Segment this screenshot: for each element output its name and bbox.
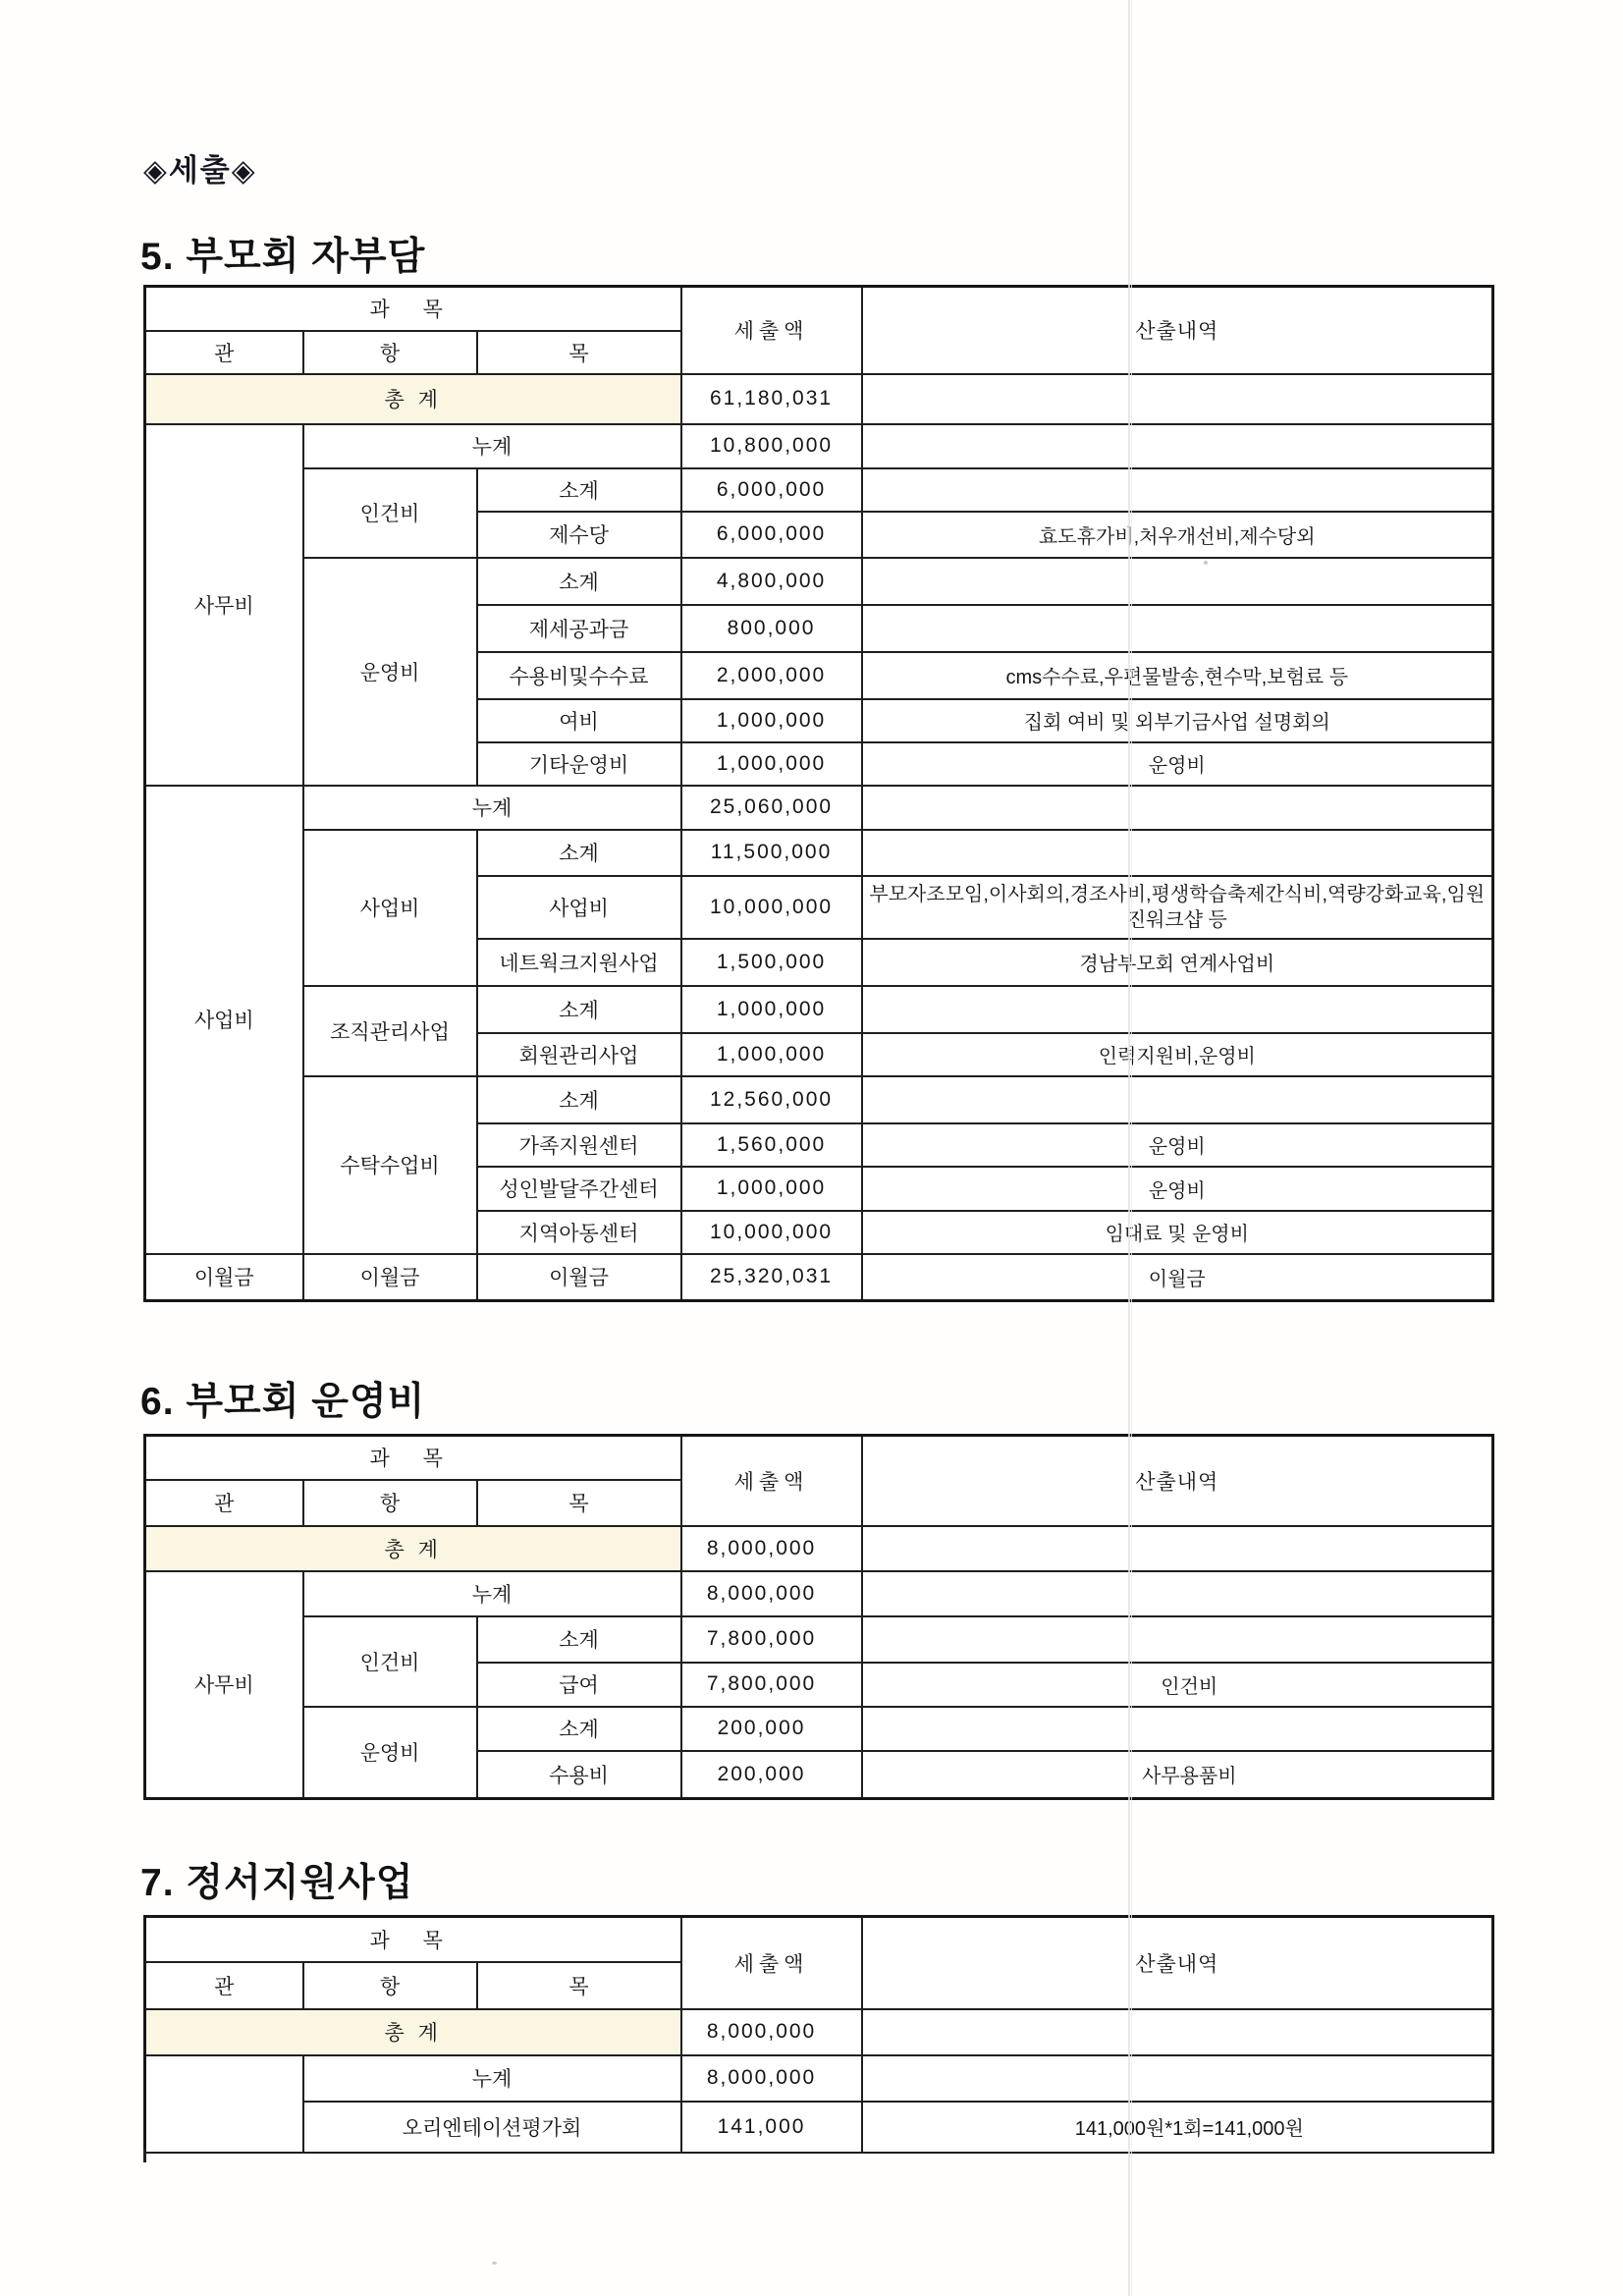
cell-mok: 성인발달주간센터	[477, 1167, 681, 1211]
cell-detail	[862, 1616, 1493, 1663]
total-detail-cell	[862, 2009, 1493, 2055]
cell-amount: 2,000,000	[681, 652, 862, 699]
cell-detail	[862, 424, 1493, 468]
table-row: 사업비 소계 11,500,000	[145, 830, 1493, 876]
total-row: 총 계 8,000,000	[145, 2009, 1493, 2055]
section-marker: ◈세출◈	[143, 145, 257, 190]
table-row: 오리엔테이션평가회 141,000 141,000원*1회=141,000원	[145, 2102, 1493, 2153]
cell-amount: 11,500,000	[681, 830, 862, 876]
cell-detail: 사무용품비	[862, 1751, 1493, 1799]
table-row: 사무비 누계 8,000,000	[145, 1571, 1493, 1616]
cell-detail	[862, 1076, 1493, 1123]
col-header-gwamok: 과 목	[145, 1917, 681, 1962]
cell-mok: 누계	[303, 786, 681, 830]
table-row: 이월금 이월금 이월금 25,320,031 이월금	[145, 1254, 1493, 1301]
col-header-gwan: 관	[145, 331, 303, 374]
cell-amount: 200,000	[681, 1707, 862, 1751]
scan-speck	[492, 2262, 497, 2265]
cell-mok: 소계	[477, 558, 681, 605]
col-header-gwamok: 과 목	[145, 1436, 681, 1480]
cell-amount: 1,000,000	[681, 986, 862, 1033]
cell-amount: 10,000,000	[681, 1211, 862, 1254]
cell-mok: 지역아동센터	[477, 1211, 681, 1254]
cell-mok: 급여	[477, 1663, 681, 1707]
total-row: 총 계 8,000,000	[145, 1526, 1493, 1571]
cell-detail	[862, 558, 1493, 605]
cell-amount: 8,000,000	[681, 1571, 862, 1616]
cell-detail: 집회 여비 및 외부기금사업 설명회의	[862, 699, 1493, 742]
table-row: 누계 8,000,000	[145, 2055, 1493, 2102]
cell-amount: 1,000,000	[681, 742, 862, 786]
col-header-detail: 산출내역	[862, 1436, 1493, 1526]
cell-gwan: 사무비	[145, 424, 303, 786]
col-header-amount: 세출액	[681, 1436, 862, 1526]
cell-amount: 1,000,000	[681, 699, 862, 742]
cell-amount: 1,000,000	[681, 1033, 862, 1076]
cell-amount: 10,000,000	[681, 876, 862, 939]
cell-gwan: 사업비	[145, 786, 303, 1254]
cell-detail	[862, 1571, 1493, 1616]
cell-hang: 인건비	[303, 1616, 477, 1707]
cell-mok: 소계	[477, 1076, 681, 1123]
cell-detail	[862, 830, 1493, 876]
header-row: 과 목 세출액 산출내역	[145, 1917, 1493, 1962]
cell-amount: 1,560,000	[681, 1123, 862, 1167]
total-label-cell: 총 계	[145, 374, 681, 424]
table-row: 사업비 누계 25,060,000	[145, 786, 1493, 830]
cell-detail: 인력지원비,운영비	[862, 1033, 1493, 1076]
cell-detail: 인건비	[862, 1663, 1493, 1707]
total-label-cell: 총 계	[145, 2009, 681, 2055]
cell-mok: 제수당	[477, 512, 681, 558]
cell-hang: 이월금	[303, 1254, 477, 1301]
col-header-amount: 세출액	[681, 1917, 862, 2009]
cell-detail	[862, 1707, 1493, 1751]
cell-gwan	[145, 2055, 303, 2153]
cell-amount: 141,000	[681, 2102, 862, 2153]
cell-hang: 사업비	[303, 830, 477, 986]
cell-mok: 소계	[477, 1616, 681, 1663]
cell-gwan: 사무비	[145, 1571, 303, 1799]
table-row: 인건비 소계 7,800,000	[145, 1616, 1493, 1663]
cell-mok: 여비	[477, 699, 681, 742]
cell-mok: 소계	[477, 986, 681, 1033]
cell-detail: 경남부모회 연계사업비	[862, 939, 1493, 986]
col-header-mok: 목	[477, 331, 681, 374]
cell-detail	[862, 605, 1493, 652]
cell-amount: 4,800,000	[681, 558, 862, 605]
total-amount-cell: 8,000,000	[681, 2009, 862, 2055]
cell-mok: 오리엔테이션평가회	[303, 2102, 681, 2153]
col-header-mok: 목	[477, 1962, 681, 2009]
table-row: 인건비 소계 6,000,000	[145, 468, 1493, 512]
cell-detail: 임대료 및 운영비	[862, 1211, 1493, 1254]
total-row: 총 계 61,180,031	[145, 374, 1493, 424]
table7-heading: 7. 정서지원사업	[140, 1852, 413, 1907]
cell-mok: 수용비	[477, 1751, 681, 1799]
total-amount-cell: 8,000,000	[681, 1526, 862, 1571]
cell-detail	[862, 2055, 1493, 2102]
header-row: 과 목 세출액 산출내역	[145, 1436, 1493, 1480]
cell-mok: 누계	[303, 424, 681, 468]
cell-hang: 인건비	[303, 468, 477, 558]
cell-amount: 12,560,000	[681, 1076, 862, 1123]
cell-amount: 200,000	[681, 1751, 862, 1799]
scanned-page: ◈세출◈ 5. 부모회 자부담 과 목 세출액 산출내역 관 항 목 총 계 6…	[0, 0, 1623, 2296]
col-header-mok: 목	[477, 1480, 681, 1526]
table6-heading: 6. 부모회 운영비	[140, 1371, 425, 1426]
cell-mok: 가족지원센터	[477, 1123, 681, 1167]
cell-detail: 운영비	[862, 1167, 1493, 1211]
cell-hang: 수탁수업비	[303, 1076, 477, 1254]
cell-detail: 141,000원*1회=141,000원	[862, 2102, 1493, 2153]
table-row: 사무비 누계 10,800,000	[145, 424, 1493, 468]
cell-mok: 누계	[303, 1571, 681, 1616]
cell-mok: 네트웍크지원사업	[477, 939, 681, 986]
budget-table-5: 과 목 세출액 산출내역 관 항 목 총 계 61,180,031 사무비 누계…	[143, 285, 1494, 1302]
cell-mok: 사업비	[477, 876, 681, 939]
cell-hang: 조직관리사업	[303, 986, 477, 1076]
cell-mok: 수용비및수수료	[477, 652, 681, 699]
col-header-detail: 산출내역	[862, 1917, 1493, 2009]
col-header-hang: 항	[303, 1962, 477, 2009]
col-header-gwan: 관	[145, 1962, 303, 2009]
cell-amount: 25,320,031	[681, 1254, 862, 1301]
table-continuation-line	[143, 2149, 146, 2162]
cell-gwan: 이월금	[145, 1254, 303, 1301]
scan-fold-line	[1128, 0, 1130, 2296]
cell-mok: 소계	[477, 830, 681, 876]
cell-mok: 회원관리사업	[477, 1033, 681, 1076]
total-amount-cell: 61,180,031	[681, 374, 862, 424]
cell-amount: 7,800,000	[681, 1616, 862, 1663]
cell-detail	[862, 468, 1493, 512]
cell-amount: 6,000,000	[681, 468, 862, 512]
cell-hang: 운영비	[303, 558, 477, 786]
col-header-amount: 세출액	[681, 287, 862, 374]
cell-hang: 운영비	[303, 1707, 477, 1799]
cell-amount: 8,000,000	[681, 2055, 862, 2102]
cell-amount: 800,000	[681, 605, 862, 652]
scan-speck	[1204, 561, 1208, 565]
cell-mok: 누계	[303, 2055, 681, 2102]
cell-detail: 이월금	[862, 1254, 1493, 1301]
cell-amount: 1,500,000	[681, 939, 862, 986]
cell-amount: 6,000,000	[681, 512, 862, 558]
budget-table-7: 과 목 세출액 산출내역 관 항 목 총 계 8,000,000 누계 8,00…	[143, 1915, 1494, 2154]
cell-detail	[862, 786, 1493, 830]
table5-heading: 5. 부모회 자부담	[140, 226, 425, 281]
cell-mok: 기타운영비	[477, 742, 681, 786]
col-header-detail: 산출내역	[862, 287, 1493, 374]
table-row: 수탁수업비 소계 12,560,000	[145, 1076, 1493, 1123]
cell-detail: 효도휴가비,처우개선비,제수당외	[862, 512, 1493, 558]
table-row: 조직관리사업 소계 1,000,000	[145, 986, 1493, 1033]
cell-amount: 1,000,000	[681, 1167, 862, 1211]
cell-mok: 제세공과금	[477, 605, 681, 652]
scan-fold-line	[1131, 0, 1132, 2296]
col-header-hang: 항	[303, 331, 477, 374]
table-row: 운영비 소계 200,000	[145, 1707, 1493, 1751]
cell-amount: 7,800,000	[681, 1663, 862, 1707]
cell-detail: 부모자조모임,이사회의,경조사비,평생학습축제간식비,역량강화교육,임원진워크샵…	[862, 876, 1493, 939]
col-header-hang: 항	[303, 1480, 477, 1526]
cell-mok: 소계	[477, 1707, 681, 1751]
total-detail-cell	[862, 374, 1493, 424]
col-header-gwamok: 과 목	[145, 287, 681, 331]
cell-detail	[862, 986, 1493, 1033]
header-row: 과 목 세출액 산출내역	[145, 287, 1493, 331]
total-detail-cell	[862, 1526, 1493, 1571]
col-header-gwan: 관	[145, 1480, 303, 1526]
cell-detail: 운영비	[862, 1123, 1493, 1167]
cell-amount: 25,060,000	[681, 786, 862, 830]
cell-amount: 10,800,000	[681, 424, 862, 468]
total-label-cell: 총 계	[145, 1526, 681, 1571]
cell-mok: 소계	[477, 468, 681, 512]
cell-detail: 운영비	[862, 742, 1493, 786]
table-row: 운영비 소계 4,800,000	[145, 558, 1493, 605]
budget-table-6: 과 목 세출액 산출내역 관 항 목 총 계 8,000,000 사무비 누계 …	[143, 1434, 1494, 1800]
cell-mok: 이월금	[477, 1254, 681, 1301]
cell-detail: cms수수료,우편물발송,현수막,보험료 등	[862, 652, 1493, 699]
